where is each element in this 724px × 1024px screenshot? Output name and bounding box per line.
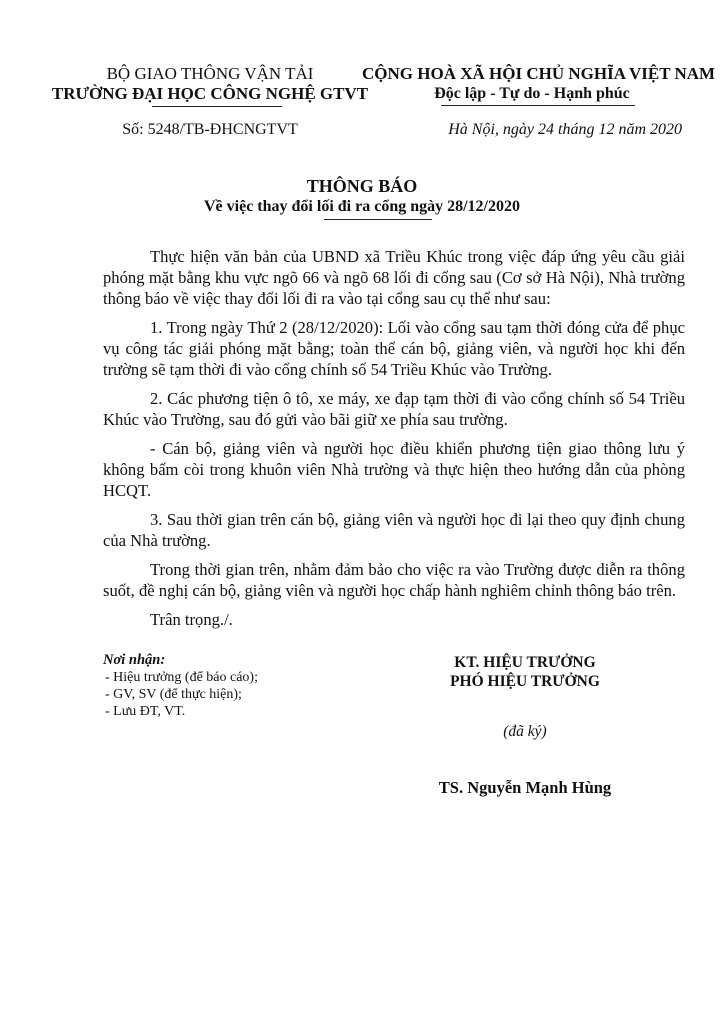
- recipient-item: - GV, SV (để thực hiện);: [103, 686, 258, 703]
- document-title: THÔNG BÁO: [0, 176, 724, 197]
- signed-note: (đã ký): [400, 723, 650, 741]
- recipients-block: Nơi nhận: - Hiệu trưởng (để báo cáo); - …: [103, 652, 258, 720]
- body-paragraph-item-1: 1. Trong ngày Thứ 2 (28/12/2020): Lối và…: [103, 317, 685, 380]
- signer-name: TS. Nguyễn Mạnh Hùng: [400, 778, 650, 798]
- national-motto: Độc lập - Tự do - Hạnh phúc: [362, 84, 702, 104]
- recipients-heading: Nơi nhận:: [103, 652, 258, 669]
- body-paragraph-intro: Thực hiện văn bản của UBND xã Triều Khúc…: [103, 246, 685, 309]
- body-paragraph-item-2: 2. Các phương tiện ô tô, xe máy, xe đạp …: [103, 388, 685, 430]
- subject-underline: [324, 219, 432, 220]
- signature-position: PHÓ HIỆU TRƯỞNG: [400, 672, 650, 691]
- agency-underline: [152, 106, 282, 107]
- signature-block: KT. HIỆU TRƯỞNG PHÓ HIỆU TRƯỞNG: [400, 653, 650, 691]
- document-number: Số: 5248/TB-ĐHCNGTVT: [40, 121, 380, 139]
- body-paragraph-closing: Trong thời gian trên, nhằm đảm bảo cho v…: [103, 559, 685, 601]
- signature-on-behalf: KT. HIỆU TRƯỞNG: [400, 653, 650, 672]
- school-name: TRƯỜNG ĐẠI HỌC CÔNG NGHỆ GTVT: [40, 84, 380, 104]
- recipient-item: - Hiệu trưởng (để báo cáo);: [103, 669, 258, 686]
- recipient-item: - Lưu ĐT, VT.: [103, 703, 258, 720]
- document-subject: Về việc thay đổi lối đi ra cổng ngày 28/…: [0, 198, 724, 216]
- issuing-agency-block: BỘ GIAO THÔNG VẬN TẢI TRƯỜNG ĐẠI HỌC CÔN…: [40, 64, 380, 104]
- document-body: Thực hiện văn bản của UBND xã Triều Khúc…: [103, 246, 685, 638]
- motto-underline: [441, 105, 635, 106]
- body-paragraph-item-2-note: - Cán bộ, giảng viên và người học điều k…: [103, 438, 685, 501]
- national-header-block: CỘNG HOÀ XÃ HỘI CHỦ NGHĨA VIỆT NAM Độc l…: [362, 64, 702, 104]
- body-regards: Trân trọng./.: [103, 609, 685, 630]
- body-paragraph-item-3: 3. Sau thời gian trên cán bộ, giảng viên…: [103, 509, 685, 551]
- ministry-name: BỘ GIAO THÔNG VẬN TẢI: [40, 64, 380, 84]
- place-and-date: Hà Nội, ngày 24 tháng 12 năm 2020: [380, 121, 700, 139]
- country-name: CỘNG HOÀ XÃ HỘI CHỦ NGHĨA VIỆT NAM: [362, 64, 702, 84]
